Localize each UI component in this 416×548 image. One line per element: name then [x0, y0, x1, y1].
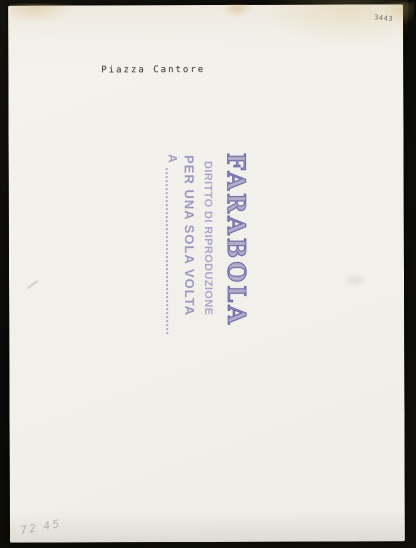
stamp-brand-farabola: FARABOLA [222, 139, 251, 339]
stamp-single-use-line: PER UNA SOLA VOLTA [182, 139, 198, 339]
stamp-fill-in-prefix: A [166, 154, 179, 163]
typewritten-caption: Piazza Cantore [101, 65, 205, 75]
pencil-mark-left-middle [27, 280, 39, 289]
stain-top-right [263, 0, 408, 47]
black-backdrop: 3443 Piazza Cantore FARABOLA DIRITTO DI … [0, 0, 416, 548]
stamp-fill-in-line: A [166, 139, 180, 339]
copyright-stamp: FARABOLA DIRITTO DI RIPRODUZIONE PER UNA… [158, 139, 251, 339]
dotted-fill-line [166, 168, 179, 334]
stain-top-left [10, 3, 74, 23]
stain-top-center [222, 4, 252, 18]
smudge-right-middle [342, 272, 368, 288]
stamp-rights-line: DIRITTO DI RIPRODUZIONE [201, 139, 215, 339]
archive-number: 3443 [374, 13, 394, 23]
pencil-note: 72 45 [19, 517, 62, 537]
photo-verso-paper: 3443 Piazza Cantore FARABOLA DIRITTO DI … [8, 4, 405, 542]
